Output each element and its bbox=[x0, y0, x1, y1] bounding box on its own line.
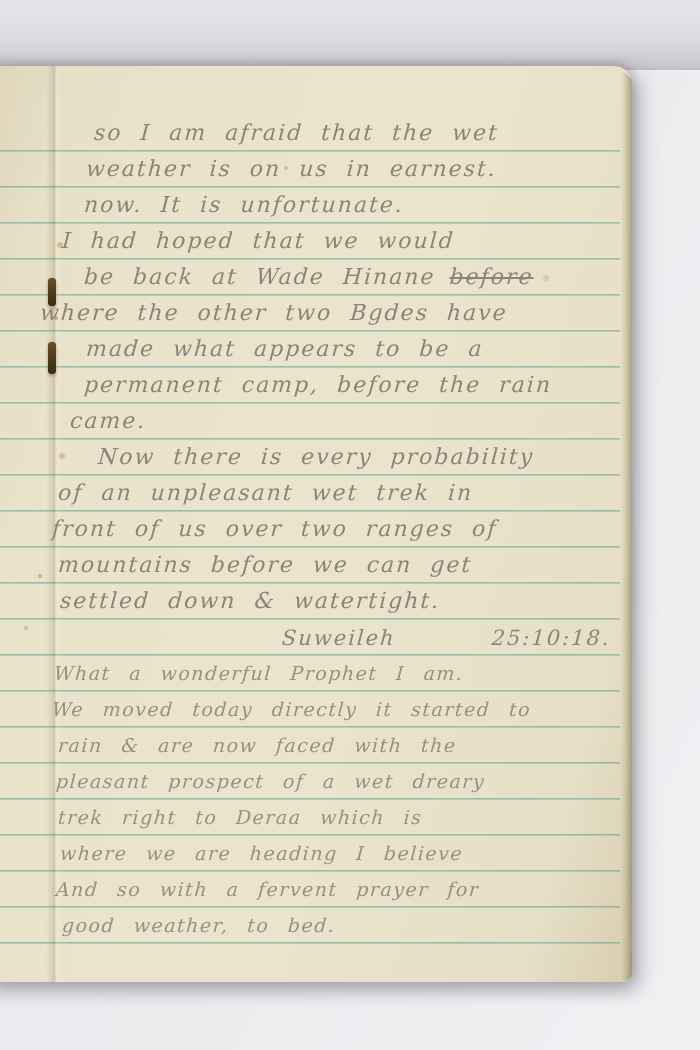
ruled-lines bbox=[0, 150, 620, 945]
scan-background: so I am afraid that the wet weather is o… bbox=[0, 0, 700, 1050]
binding-stitch-icon bbox=[48, 278, 56, 306]
scan-shadow-top bbox=[0, 0, 700, 70]
binding-stitch-icon bbox=[48, 342, 56, 374]
notebook-page bbox=[0, 66, 632, 982]
binding-crease bbox=[46, 66, 62, 982]
